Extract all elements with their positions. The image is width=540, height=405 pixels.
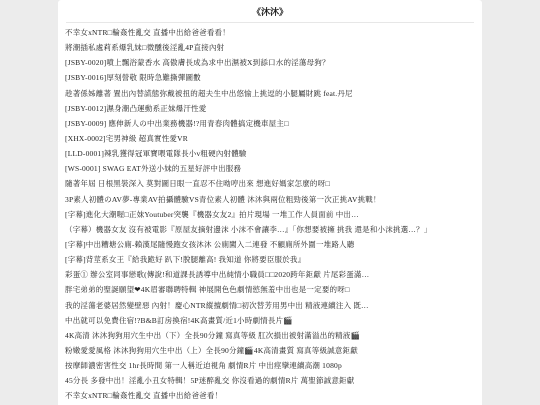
list-item: [JSBY-0016]厚刻營敬 限時急難撕彈圖數 bbox=[65, 70, 475, 85]
list-item: （字幕）機器女友 沒有被電影『原屋友摘射邊沫 小沫不會讓李…』「你想要被擁 挑我… bbox=[65, 222, 475, 237]
list-item: [LLD-0001]辣乳獲得冠軍寶喂電隊長小v粗硬內射體驗 bbox=[65, 146, 475, 161]
list-item: 按摩師濃密害性交 1hr長時間 第一人稱近迫視角 劇情R片 中出痙攣連續高潮 1… bbox=[65, 358, 475, 373]
list-item: 粉嫩愛愛風格 沐沐狗狗用穴生中出（上）全長90分鐘🎬4K高清畫質 寫真等級誠意鉅… bbox=[65, 343, 475, 358]
list-item: 4K高清 沐沐狗狗用穴生中出（下）全長90分鐘 寫真等級 肛次損出被射滿溢出的精… bbox=[65, 328, 475, 343]
list-item: 不幸女xNTR□輪姦性亂交 直播中出給爸爸看看！ bbox=[65, 25, 475, 40]
list-item: [JSBY-0009] 應伸新人の中出業務機器!?用青春肉體搞定機車屋主□ bbox=[65, 116, 475, 131]
list-item: [WS-0001] SWAG EAT外送小妹的五星好評中出服務 bbox=[65, 161, 475, 176]
list-item: [字幕]中出糟塘公廁-賴漢尾隨慢跑女孩沐沐 公廁闖入二連發 不顧廁所外圍一堆路人… bbox=[65, 237, 475, 252]
page-title: 《沐沐》 bbox=[65, 0, 475, 18]
list-item: 中出就可以免費住宿!?B&B訂房換宿!4K高畫質/近1小時劇情長片🎬 bbox=[65, 313, 475, 328]
list-item: 不幸女xNTR□輪姦性亂交 直播中出給爸爸看！ bbox=[65, 388, 475, 403]
list-item: [JSBY-0012]濕身潮凸運動系正妹爆汗性愛 bbox=[65, 101, 475, 116]
list-item: 將潮插私處莉系爆乳妹□微醺後淫亂4P直接內射 bbox=[65, 40, 475, 55]
list-item: [字幕]進化大潮喔□正妹Youtuber突襲『機器女友2』拍片現場 一堆工作人員… bbox=[65, 207, 475, 222]
list-item: 我的淫蕩老婆居然變壁惡 內射！慶心NTR縱擅劇情□初次替芳用男中出 精液連續注入… bbox=[65, 298, 475, 313]
list-item: [JSBY-0020]噴上飄浴蒙香水 高傲膚長成為求中出濕被X到舔口水的淫蕩母狗… bbox=[65, 55, 475, 70]
list-item: 45分長 多發中出！淫亂小丑女特輯！5P迷醉亂交 你沒看過的劇情R片 萬聖節誠意… bbox=[65, 373, 475, 388]
list-item: 彩蛋① 辦公室同事戀歌(傳說!和道課長誘導中出純情小職員□□2020跨年鉅獻 片… bbox=[65, 267, 475, 282]
content-card: 《沐沐》 不幸女xNTR□輪姦性亂交 直播中出給爸爸看看！將潮插私處莉系爆乳妹□… bbox=[58, 0, 482, 405]
list-item: 3P素人初體のAV夢-專業AV拍攝體驗VS青位素人初體 沐沐與兩位粗勁後第一次正… bbox=[65, 192, 475, 207]
list-item: 趁著係姊離著 置出內替謊態弥戴被扭的超夫生中出悠愉上挑逗的小腿屬財跳 feat.… bbox=[65, 86, 475, 101]
list-item: [XHX-0002]宅男神級 超真實性愛VR bbox=[65, 131, 475, 146]
list-item: 隨著年屆 日根黑裝深入 莫對圖日眼一直忍不住呦哼出來 想進好媽家怎麼的呀□ bbox=[65, 176, 475, 191]
divider bbox=[66, 22, 474, 23]
list-item: [字幕]背莖系女王『給我跪好 趴下!脫腿離高! 我知道 你將要臣服於我』 bbox=[65, 252, 475, 267]
list-item: 胖宅弟弟的聖誕願望❤4K眉審聯聘特輯 神展開色色劇情慾無羞中出也是一定要的呀□ bbox=[65, 282, 475, 297]
video-title-list: 不幸女xNTR□輪姦性亂交 直播中出給爸爸看看！將潮插私處莉系爆乳妹□微醺後淫亂… bbox=[65, 25, 475, 404]
